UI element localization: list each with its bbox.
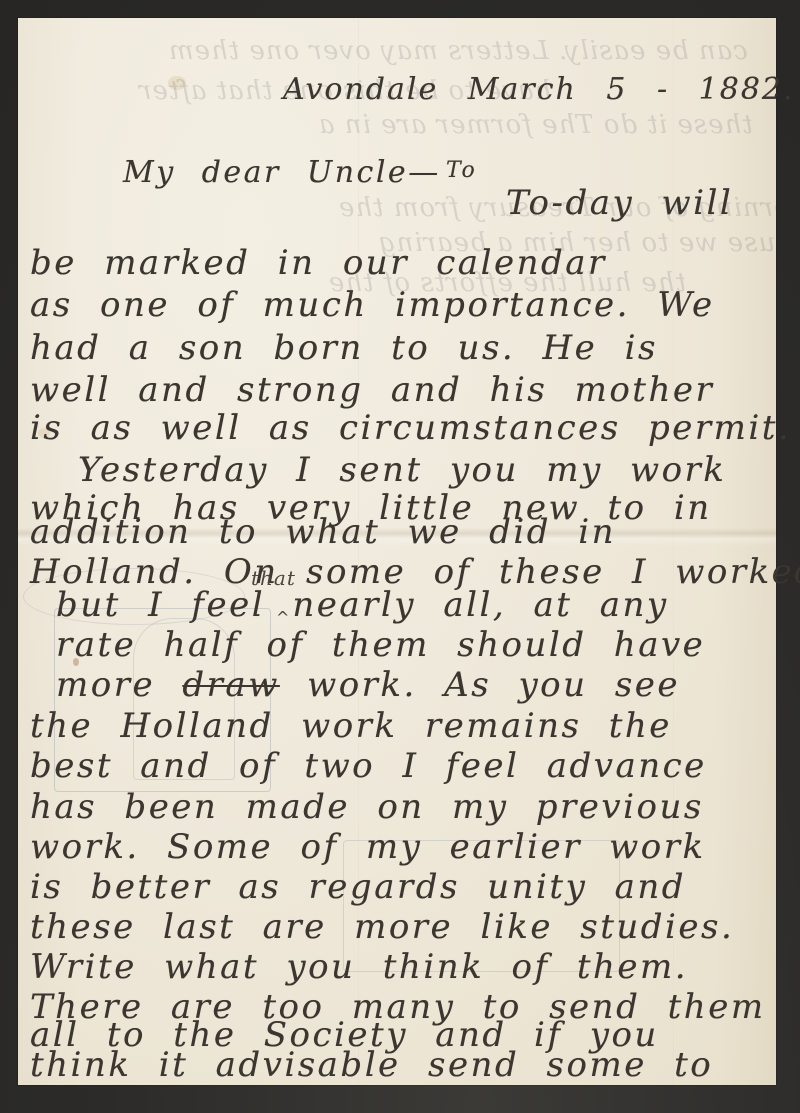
body-line-13-start: more [56,665,182,705]
body-line-7: Yesterday I sent you my work [78,453,726,487]
body-line-17: work. Some of my earlier work [30,830,706,864]
letter-place: Avondale [283,72,438,107]
paper-stain [168,76,186,90]
body-line-5: well and strong and his mother [30,373,714,407]
struck-out-word: draw [182,665,279,705]
scan-background: can be easily. Letters may over one them… [0,0,800,1113]
body-line-13-end: work. As you see [280,665,680,705]
body-line-15: best and of two I feel advance [30,749,707,783]
letter-date: March 5 - 1882. [468,72,795,107]
body-line-16: has been made on my previous [30,790,704,824]
body-line-10: Holland. On some of these I worked [30,555,800,589]
body-line-13: more draw work. As you see [56,668,680,702]
letter-page: can be easily. Letters may over one them… [18,18,776,1085]
bleed-line: these it do The former are in a [318,110,753,140]
salutation-dash: — [408,155,441,190]
body-line-19: these last are more like studies. [30,910,734,944]
body-line-12: rate half of them should have [56,628,705,662]
body-line-23: think it advisable send some to [30,1048,713,1082]
salutation: My dear Uncle— [123,158,441,188]
body-line-11: but I feel nearly all, at any [56,588,669,622]
body-line-11-end: nearly all, at any [265,585,669,625]
salutation-annotation: To [446,158,477,183]
body-line-11-start: but I feel [56,585,265,625]
bleed-line: can be easily. Letters may over one them [168,36,748,66]
body-line-3: as one of much importance. We [30,288,715,322]
body-line-20: Write what you think of them. [30,950,688,984]
body-line-9: addition to what we did in [30,515,616,549]
body-line-2: be marked in our calendar [30,246,607,280]
body-line-6: is as well as circumstances permit. [30,411,791,445]
body-line-4: had a son born to us. He is [30,331,658,365]
letter-heading: Avondale March 5 - 1882. [283,72,795,107]
body-line-1: To-day will [506,186,733,220]
body-line-14: the Holland work remains the [30,709,672,743]
body-line-18: is better as regards unity and [30,870,686,904]
salutation-text: My dear Uncle [123,155,408,190]
